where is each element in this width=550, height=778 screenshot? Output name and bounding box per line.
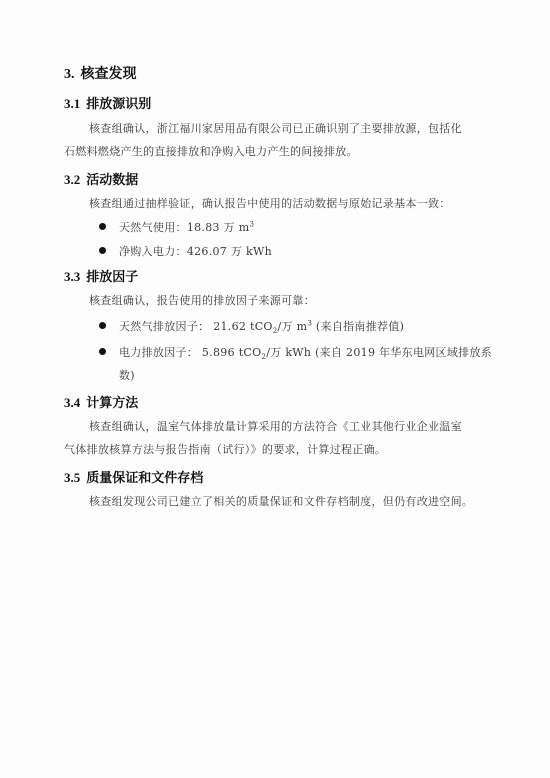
subsection-number: 3.4 [64,395,80,410]
bullet-value: /万 kWh (来自 2019 年华东电网区域排放系 [266,346,492,359]
bullet-continuation: 数) [119,367,135,383]
bullet-value: 21.62 tCO [213,320,273,333]
bullet-label: 电力排放因子： [119,346,198,359]
bullet-label: 净购入电力： [119,245,187,258]
bullet-label: 天然气使用： [119,221,187,234]
bullet-item: 天然气使用：18.83 万 m3 [119,219,254,235]
paragraph-line: 石燃料燃烧产生的直接排放和净购入电力产生的间接排放。 [64,143,358,159]
bullet-item: 天然气排放因子： 21.62 tCO2/万 m3 (来自指南推荐值) [119,318,404,334]
section-title: 核查发现 [81,66,137,82]
paragraph-line: 核查组确认，温室气体排放量计算采用的方法符合《工业其他行业企业温室 [89,418,462,434]
subsection-number: 3.3 [64,269,80,284]
bullet-icon [99,322,106,329]
paragraph-line: 核查组通过抽样验证，确认报告中使用的活动数据与原始记录基本一致： [89,195,451,211]
subsection-number: 3.1 [64,96,80,111]
paragraph-line: 核查组确认，报告使用的排放因子来源可靠： [89,292,315,308]
bullet-value: 5.896 tCO [202,346,262,359]
bullet-value: 18.83 万 m [187,221,250,234]
subsection-title: 计算方法 [86,396,138,411]
subsection-heading-3-3: 3.3排放因子 [64,266,138,285]
subsection-number: 3.2 [64,172,80,187]
subsection-title: 排放因子 [86,270,138,285]
subsection-heading-3-1: 3.1排放源识别 [64,93,151,112]
bullet-item: 净购入电力：426.07 万 kWh [119,243,272,259]
subsection-title: 质量保证和文件存档 [86,471,203,486]
paragraph-line: 核查组发现公司已建立了相关的质量保证和文件存档制度，但仍有改进空间。 [89,493,473,509]
subsection-heading-3-5: 3.5质量保证和文件存档 [64,467,203,486]
section-heading: 3.核查发现 [64,63,137,83]
bullet-item: 电力排放因子： 5.896 tCO2/万 kWh (来自 2019 年华东电网区… [119,344,492,360]
superscript: 3 [249,220,254,228]
subsection-title: 排放源识别 [86,97,151,112]
paragraph-line: 核查组确认，浙江福川家居用品有限公司已正确识别了主要排放源，包括化 [89,120,462,136]
bullet-icon [99,247,106,254]
subsection-heading-3-4: 3.4计算方法 [64,392,138,411]
bullet-value: 426.07 万 kWh [187,245,272,258]
bullet-note: (来自指南推荐值) [312,320,404,333]
paragraph-line: 气体排放核算方法与报告指南（试行）》的要求，计算过程正确。 [64,441,386,457]
subsection-heading-3-2: 3.2活动数据 [64,169,138,188]
section-number: 3. [64,67,75,82]
subsection-number: 3.5 [64,470,80,485]
subsection-title: 活动数据 [86,173,138,188]
bullet-icon [99,223,106,230]
bullet-icon [99,348,106,355]
bullet-value: /万 m [278,320,308,333]
bullet-label: 天然气排放因子： [119,320,209,333]
